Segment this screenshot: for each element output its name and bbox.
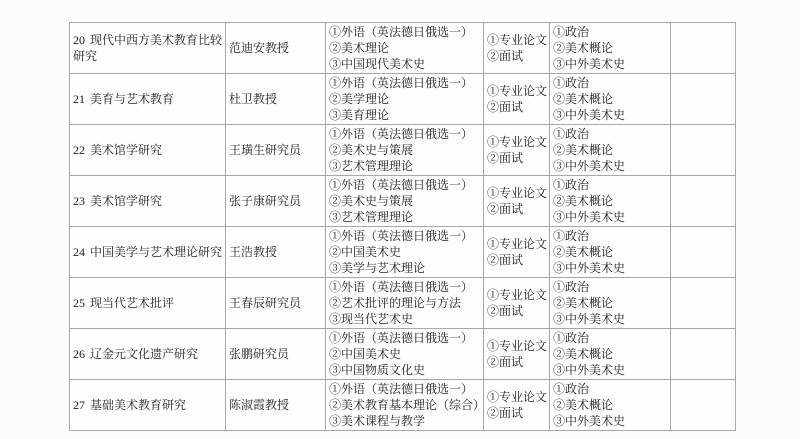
empty-cell (671, 176, 736, 227)
assessment-line: ②面试 (487, 99, 546, 115)
exam-subject-line: ①外语（英法德日俄选一） (329, 381, 480, 397)
assessment-line: ②面试 (487, 201, 546, 217)
exam-subject-line: ①外语（英法德日俄选一） (329, 24, 480, 40)
additional-subject-line: ②美术概论 (553, 397, 667, 413)
research-direction-cell: 21美育与艺术教育 (70, 74, 226, 125)
table-row: 21美育与艺术教育 杜卫教授 ①外语（英法德日俄选一） ②美学理论 ③美育理论 … (70, 74, 736, 125)
assessment-line: ②面试 (487, 48, 546, 64)
additional-subject-line: ①政治 (553, 75, 667, 91)
row-number: 25 (73, 296, 85, 310)
row-number: 20 (73, 33, 85, 47)
supervisor-cell: 范迪安教授 (226, 23, 326, 74)
additional-subject-line: ①政治 (553, 330, 667, 346)
supervisor-cell: 张鹏研究员 (226, 329, 326, 380)
admissions-table: 20现代中西方美术教育比较研究 范迪安教授 ①外语（英法德日俄选一） ②美术理论… (69, 22, 736, 431)
table-row: 25现当代艺术批评 王春辰研究员 ①外语（英法德日俄选一） ②艺术批评的理论与方… (70, 278, 736, 329)
exam-subject-line: ③美育理论 (329, 107, 480, 123)
exam-subject-line: ①外语（英法德日俄选一） (329, 279, 480, 295)
assessment-line: ①专业论文 (487, 32, 546, 48)
research-direction-cell: 27基础美术教育研究 (70, 380, 226, 431)
empty-cell (671, 125, 736, 176)
additional-subjects-cell: ①政治 ②美术概论 ③中外美术史 (550, 125, 671, 176)
admissions-table-container: 20现代中西方美术教育比较研究 范迪安教授 ①外语（英法德日俄选一） ②美术理论… (69, 22, 736, 431)
additional-subjects-cell: ①政治 ②美术概论 ③中外美术史 (550, 74, 671, 125)
exam-subject-line: ③中国物质文化史 (329, 362, 480, 378)
supervisor-name: 王璜生研究员 (229, 142, 322, 158)
assessment-cell: ①专业论文 ②面试 (484, 380, 550, 431)
exam-subject-line: ①外语（英法德日俄选一） (329, 228, 480, 244)
research-direction-cell: 22美术馆学研究 (70, 125, 226, 176)
research-direction: 中国美学与艺术理论研究 (90, 245, 222, 259)
exam-subjects-cell: ①外语（英法德日俄选一） ②美术教育基本理论（综合） ③美术课程与教学 (326, 380, 484, 431)
exam-subject-line: ②中国美术史 (329, 244, 480, 260)
empty-cell (671, 278, 736, 329)
research-direction-cell: 20现代中西方美术教育比较研究 (70, 23, 226, 74)
row-number: 26 (73, 347, 85, 361)
table-row: 22美术馆学研究 王璜生研究员 ①外语（英法德日俄选一） ②美术史与策展 ③艺术… (70, 125, 736, 176)
exam-subject-line: ③艺术管理理论 (329, 158, 480, 174)
supervisor-cell: 王璜生研究员 (226, 125, 326, 176)
assessment-line: ②面试 (487, 303, 546, 319)
assessment-line: ②面试 (487, 354, 546, 370)
additional-subject-line: ①政治 (553, 126, 667, 142)
exam-subject-line: ①外语（英法德日俄选一） (329, 75, 480, 91)
exam-subjects-cell: ①外语（英法德日俄选一） ②美学理论 ③美育理论 (326, 74, 484, 125)
additional-subject-line: ①政治 (553, 279, 667, 295)
admissions-table-body: 20现代中西方美术教育比较研究 范迪安教授 ①外语（英法德日俄选一） ②美术理论… (70, 23, 736, 431)
assessment-line: ①专业论文 (487, 236, 546, 252)
additional-subjects-cell: ①政治 ②美术概论 ③中外美术史 (550, 329, 671, 380)
supervisor-name: 范迪安教授 (229, 40, 322, 56)
additional-subject-line: ③中外美术史 (553, 107, 667, 123)
additional-subject-line: ②美术概论 (553, 193, 667, 209)
additional-subject-line: ③中外美术史 (553, 362, 667, 378)
additional-subjects-cell: ①政治 ②美术概论 ③中外美术史 (550, 380, 671, 431)
research-direction-cell: 26辽金元文化遗产研究 (70, 329, 226, 380)
additional-subjects-cell: ①政治 ②美术概论 ③中外美术史 (550, 176, 671, 227)
table-row: 27基础美术教育研究 陈淑霞教授 ①外语（英法德日俄选一） ②美术教育基本理论（… (70, 380, 736, 431)
assessment-line: ②面试 (487, 252, 546, 268)
research-direction-cell: 24中国美学与艺术理论研究 (70, 227, 226, 278)
table-row: 23美术馆学研究 张子康研究员 ①外语（英法德日俄选一） ②美术史与策展 ③艺术… (70, 176, 736, 227)
additional-subject-line: ②美术概论 (553, 40, 667, 56)
additional-subject-line: ③中外美术史 (553, 56, 667, 72)
supervisor-name: 陈淑霞教授 (229, 397, 322, 413)
table-row: 26辽金元文化遗产研究 张鹏研究员 ①外语（英法德日俄选一） ②中国美术史 ③中… (70, 329, 736, 380)
research-direction: 美术馆学研究 (90, 194, 162, 208)
additional-subject-line: ②美术概论 (553, 295, 667, 311)
research-direction-cell: 25现当代艺术批评 (70, 278, 226, 329)
table-row: 20现代中西方美术教育比较研究 范迪安教授 ①外语（英法德日俄选一） ②美术理论… (70, 23, 736, 74)
additional-subject-line: ③中外美术史 (553, 260, 667, 276)
additional-subject-line: ②美术概论 (553, 142, 667, 158)
assessment-line: ①专业论文 (487, 185, 546, 201)
additional-subject-line: ②美术概论 (553, 244, 667, 260)
exam-subject-line: ③中国现代美术史 (329, 56, 480, 72)
additional-subject-line: ①政治 (553, 177, 667, 193)
table-row: 24中国美学与艺术理论研究 王浩教授 ①外语（英法德日俄选一） ②中国美术史 ③… (70, 227, 736, 278)
exam-subject-line: ②美术教育基本理论（综合） (329, 397, 480, 413)
exam-subject-line: ③现当代艺术史 (329, 311, 480, 327)
research-direction: 美术馆学研究 (90, 143, 162, 157)
research-direction: 基础美术教育研究 (90, 398, 186, 412)
exam-subject-line: ③美学与艺术理论 (329, 260, 480, 276)
exam-subject-line: ③美术课程与教学 (329, 413, 480, 429)
additional-subject-line: ②美术概论 (553, 91, 667, 107)
empty-cell (671, 329, 736, 380)
supervisor-name: 王浩教授 (229, 244, 322, 260)
additional-subjects-cell: ①政治 ②美术概论 ③中外美术史 (550, 278, 671, 329)
additional-subject-line: ③中外美术史 (553, 209, 667, 225)
row-number: 24 (73, 245, 85, 259)
exam-subjects-cell: ①外语（英法德日俄选一） ②美术理论 ③中国现代美术史 (326, 23, 484, 74)
exam-subjects-cell: ①外语（英法德日俄选一） ②美术史与策展 ③艺术管理理论 (326, 125, 484, 176)
supervisor-name: 杜卫教授 (229, 91, 322, 107)
empty-cell (671, 380, 736, 431)
exam-subjects-cell: ①外语（英法德日俄选一） ②中国美术史 ③美学与艺术理论 (326, 227, 484, 278)
supervisor-cell: 陈淑霞教授 (226, 380, 326, 431)
exam-subject-line: ③艺术管理理论 (329, 209, 480, 225)
exam-subject-line: ①外语（英法德日俄选一） (329, 330, 480, 346)
assessment-cell: ①专业论文 ②面试 (484, 227, 550, 278)
exam-subject-line: ②美术史与策展 (329, 142, 480, 158)
assessment-line: ②面试 (487, 150, 546, 166)
exam-subjects-cell: ①外语（英法德日俄选一） ②中国美术史 ③中国物质文化史 (326, 329, 484, 380)
assessment-cell: ①专业论文 ②面试 (484, 176, 550, 227)
additional-subject-line: ①政治 (553, 381, 667, 397)
additional-subject-line: ②美术概论 (553, 346, 667, 362)
research-direction-cell: 23美术馆学研究 (70, 176, 226, 227)
assessment-cell: ①专业论文 ②面试 (484, 278, 550, 329)
empty-cell (671, 227, 736, 278)
supervisor-cell: 王浩教授 (226, 227, 326, 278)
research-direction: 辽金元文化遗产研究 (90, 347, 198, 361)
exam-subjects-cell: ①外语（英法德日俄选一） ②美术史与策展 ③艺术管理理论 (326, 176, 484, 227)
additional-subject-line: ③中外美术史 (553, 413, 667, 429)
row-number: 27 (73, 398, 85, 412)
research-direction: 现当代艺术批评 (90, 296, 174, 310)
supervisor-cell: 张子康研究员 (226, 176, 326, 227)
row-number: 23 (73, 194, 85, 208)
assessment-line: ①专业论文 (487, 83, 546, 99)
supervisor-name: 王春辰研究员 (229, 295, 322, 311)
assessment-cell: ①专业论文 ②面试 (484, 23, 550, 74)
exam-subject-line: ②美术理论 (329, 40, 480, 56)
additional-subject-line: ③中外美术史 (553, 158, 667, 174)
additional-subject-line: ①政治 (553, 228, 667, 244)
assessment-cell: ①专业论文 ②面试 (484, 74, 550, 125)
row-number: 21 (73, 92, 85, 106)
additional-subjects-cell: ①政治 ②美术概论 ③中外美术史 (550, 23, 671, 74)
exam-subject-line: ①外语（英法德日俄选一） (329, 126, 480, 142)
empty-cell (671, 74, 736, 125)
assessment-line: ①专业论文 (487, 134, 546, 150)
assessment-line: ②面试 (487, 405, 546, 421)
exam-subject-line: ②美术史与策展 (329, 193, 480, 209)
supervisor-name: 张子康研究员 (229, 193, 322, 209)
assessment-line: ①专业论文 (487, 338, 546, 354)
row-number: 22 (73, 143, 85, 157)
assessment-cell: ①专业论文 ②面试 (484, 329, 550, 380)
empty-cell (671, 23, 736, 74)
additional-subject-line: ③中外美术史 (553, 311, 667, 327)
supervisor-cell: 王春辰研究员 (226, 278, 326, 329)
exam-subject-line: ②艺术批评的理论与方法 (329, 295, 480, 311)
exam-subject-line: ②中国美术史 (329, 346, 480, 362)
additional-subjects-cell: ①政治 ②美术概论 ③中外美术史 (550, 227, 671, 278)
assessment-line: ①专业论文 (487, 287, 546, 303)
research-direction: 美育与艺术教育 (90, 92, 174, 106)
assessment-line: ①专业论文 (487, 389, 546, 405)
research-direction: 现代中西方美术教育比较研究 (73, 33, 222, 63)
supervisor-cell: 杜卫教授 (226, 74, 326, 125)
additional-subject-line: ①政治 (553, 24, 667, 40)
assessment-cell: ①专业论文 ②面试 (484, 125, 550, 176)
exam-subject-line: ①外语（英法德日俄选一） (329, 177, 480, 193)
exam-subjects-cell: ①外语（英法德日俄选一） ②艺术批评的理论与方法 ③现当代艺术史 (326, 278, 484, 329)
exam-subject-line: ②美学理论 (329, 91, 480, 107)
supervisor-name: 张鹏研究员 (229, 346, 322, 362)
